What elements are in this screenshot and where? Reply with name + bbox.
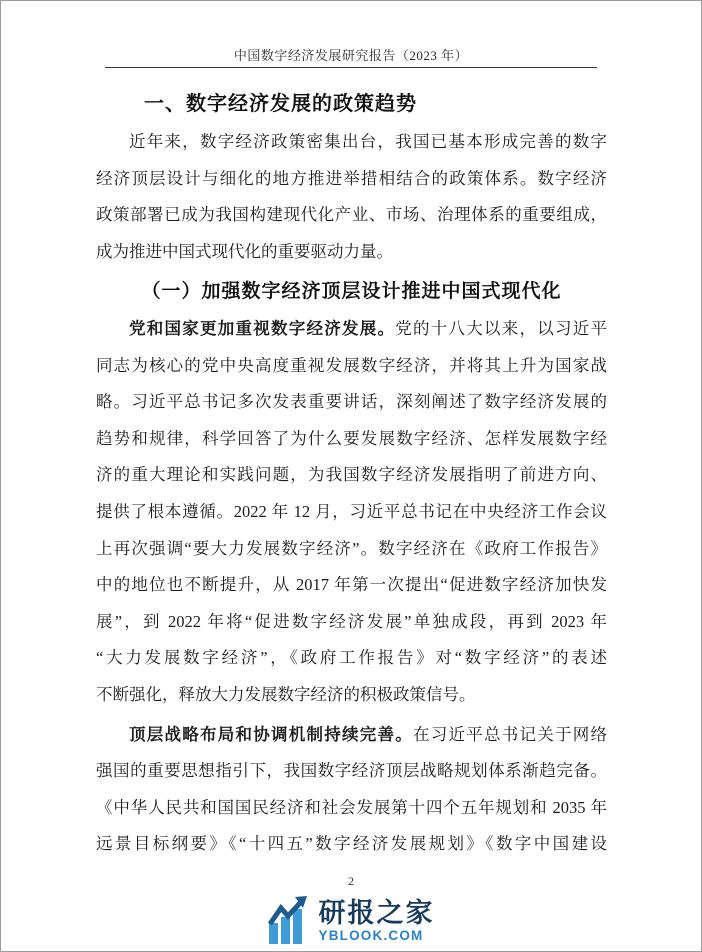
brand-text: 研报之家 YBLOOK.COM — [319, 899, 435, 944]
paragraph-line: 强国的重要思想指引下，我国数字经济顶层战略规划体系渐趋完备。 — [96, 753, 607, 790]
paragraph-line: 政策部署已成为我国构建现代化产业、市场、治理体系的重要组成， — [96, 197, 607, 234]
paragraph-line: 远景目标纲要》《“十四五”数字经济发展规划》《数字中国建设 — [96, 826, 607, 863]
section-title: 一、数字经济发展的政策趋势 — [144, 92, 607, 116]
paragraph: 近年来，数字经济政策密集出台，我国已基本形成完善的数字 经济顶层设计与细化的地方… — [96, 124, 607, 270]
footer-logo: 研报之家 YBLOOK.COM — [1, 896, 701, 944]
page-header: 中国数字经济发展研究报告（2023 年） — [1, 47, 701, 68]
brand-site: YBLOOK.COM — [319, 928, 435, 944]
paragraph-line: 略。习近平总书记多次发表重要讲话，深刻阐述了数字经济发展的 — [96, 384, 607, 421]
paragraph-line: “大力发展数字经济”，《政府工作报告》对“数字经济”的表述 — [96, 640, 607, 677]
page-body: 一、数字经济发展的政策趋势 近年来，数字经济政策密集出台，我国已基本形成完善的数… — [1, 92, 701, 863]
paragraph-line: 党和国家更加重视数字经济发展。党的十八大以来，以习近平 — [96, 311, 607, 348]
paragraph-line: 成为推进中国式现代化的重要驱动力量。 — [96, 234, 607, 271]
paragraph-line: 顶层战略布局和协调机制持续完善。在习近平总书记关于网络 — [96, 717, 607, 754]
bold-lead-in: 党和国家更加重视数字经济发展。 — [129, 320, 395, 338]
paragraph-line: 同志为核心的党中央高度重视发展数字经济，并将其上升为国家战 — [96, 348, 607, 385]
paragraph-line: 《中华人民共和国国民经济和社会发展第十四个五年规划和 2035 年 — [96, 790, 607, 827]
running-head: 中国数字经济发展研究报告（2023 年） — [1, 47, 701, 65]
paragraph-line: 趋势和规律，科学回答了为什么要发展数字经济、怎样发展数字经 — [96, 421, 607, 458]
paragraph-line: 提供了根本遵循。2022 年 12 月，习近平总书记在中央经济工作会议 — [96, 494, 607, 531]
page-number: 2 — [1, 873, 701, 889]
bold-lead-in: 顶层战略布局和协调机制持续完善。 — [129, 726, 413, 744]
paragraph-line: 展”，到 2022 年将“促进数字经济发展”单独成段，再到 2023 年 — [96, 604, 607, 641]
paragraph-line: 近年来，数字经济政策密集出台，我国已基本形成完善的数字 — [96, 124, 607, 161]
paragraph-line: 经济顶层设计与细化的地方推进举措相结合的政策体系。数字经济 — [96, 161, 607, 198]
paragraph: 顶层战略布局和协调机制持续完善。在习近平总书记关于网络 强国的重要思想指引下，我… — [96, 717, 607, 863]
paragraph: 党和国家更加重视数字经济发展。党的十八大以来，以习近平 同志为核心的党中央高度重… — [96, 311, 607, 714]
paragraph-text: 在习近平总书记关于网络 — [413, 725, 607, 744]
paragraph-line: 上再次强调“要大力发展数字经济”。数字经济在《政府工作报告》 — [96, 531, 607, 568]
paragraph-line: 不断强化，释放大力发展数字经济的积极政策信号。 — [96, 677, 607, 714]
brand-name: 研报之家 — [319, 899, 435, 928]
paragraph-line: 济的重大理论和实践问题，为我国数字经济发展指明了前进方向、 — [96, 457, 607, 494]
paragraph-text: 党的十八大以来，以习近平 — [395, 319, 607, 338]
paragraph-line: 中的地位也不断提升，从 2017 年第一次提出“促进数字经济加快发 — [96, 567, 607, 604]
document-page: 中国数字经济发展研究报告（2023 年） 一、数字经济发展的政策趋势 近年来，数… — [0, 0, 702, 952]
growth-chart-icon — [268, 896, 312, 944]
header-rule — [105, 67, 597, 68]
sub-heading: （一）加强数字经济顶层设计推进中国式现代化 — [96, 274, 607, 311]
